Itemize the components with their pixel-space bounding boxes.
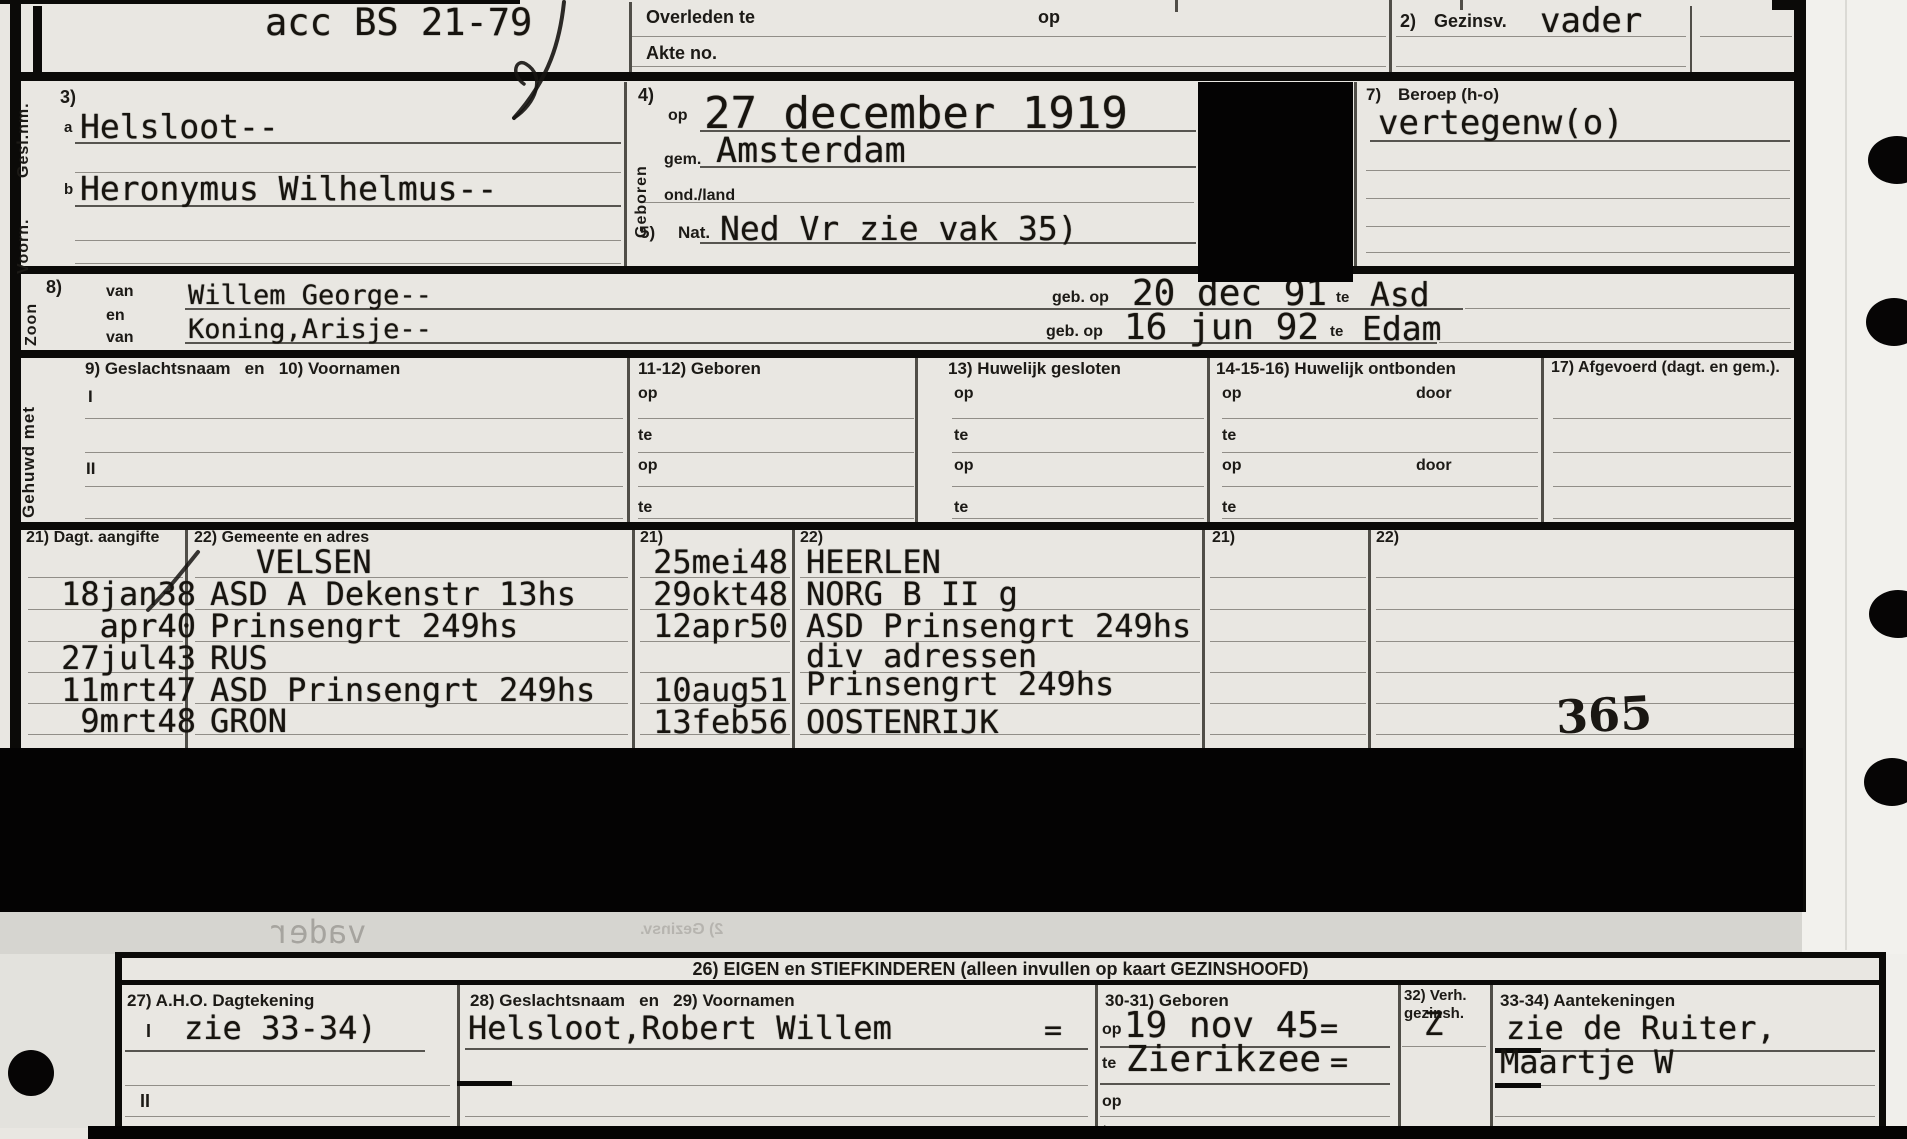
reg-a-date-header: 21) Dagt. aangifte: [26, 530, 159, 546]
reg-date: 29okt48: [646, 578, 788, 610]
ruled-line: [1553, 452, 1791, 453]
divider-line: [1389, 0, 1392, 72]
reg-date: 13feb56: [646, 706, 788, 738]
background-zone: [1886, 954, 1907, 1128]
border-line: [10, 350, 1796, 358]
background-zone: [1845, 0, 1847, 950]
beroep-label: Beroep (h-o): [1398, 86, 1499, 103]
ruled-line: [638, 486, 914, 487]
m-born-te-2: te: [638, 500, 652, 516]
ghost-text-small: 2) Gezinsv.: [640, 922, 723, 938]
child-born-op-label: op: [1102, 1022, 1122, 1038]
border-line: [1495, 1083, 1541, 1088]
reg-date: 10aug51: [646, 674, 788, 706]
child-name-value: Helsloot,Robert Willem: [468, 1012, 892, 1044]
redaction-block: [88, 1126, 1907, 1139]
divider-line: [627, 358, 630, 522]
birth-num: 4): [638, 86, 654, 104]
border-line: [33, 6, 42, 74]
divider-line: [1690, 6, 1692, 72]
van-label-1: van: [106, 284, 134, 300]
marriage-row2-numeral: II: [86, 460, 95, 477]
reg-address: RUS: [210, 642, 268, 674]
identity-a-label: a: [64, 120, 72, 135]
m-diss-op-1: op: [1222, 386, 1242, 402]
ruled-line: [1495, 1085, 1875, 1086]
ruled-line: [1366, 226, 1790, 227]
reg-date: 27jul43: [30, 642, 196, 674]
gezinsv-value: vader: [1540, 4, 1642, 38]
reg-address: OOSTENRIJK: [806, 706, 999, 738]
divider-line: [1490, 985, 1493, 1139]
ruled-line: [1210, 577, 1366, 578]
father-geb-op-label: geb. op: [1052, 290, 1109, 306]
child-born-te-label: te: [1102, 1056, 1116, 1072]
father-te-label: te: [1336, 290, 1349, 305]
child-row1-numeral: I: [146, 1022, 151, 1040]
ruled-line: [1222, 418, 1538, 419]
ruled-line: [1222, 486, 1538, 487]
ruled-line: [1439, 342, 1791, 343]
mother-birth-date: 16 jun 92: [1124, 310, 1319, 346]
ruled-line: [125, 1085, 450, 1086]
given-side-label: Voorn.: [16, 190, 32, 274]
ruled-line: [1376, 609, 1794, 610]
child-note-line1: zie de Ruiter,: [1506, 1012, 1776, 1044]
ruled-line: [1366, 170, 1790, 171]
reg-address: HEERLEN: [806, 546, 941, 578]
children-title: 26) EIGEN en STIEFKINDEREN (alleen invul…: [115, 960, 1886, 978]
mother-geb-op-label: geb. op: [1046, 324, 1103, 340]
marriage-col-removed-header: 17) Afgevoerd (dagt. en gem.).: [1551, 360, 1780, 376]
divider-line: [1541, 358, 1544, 522]
ruled-line: [1553, 418, 1791, 419]
m-married-op-1: op: [954, 386, 974, 402]
m-diss-te-1: te: [1222, 428, 1236, 444]
reg-address: Prinsengrt 249hs: [806, 668, 1114, 700]
mother-name: Koning,Arisje--: [188, 316, 432, 343]
ruled-line: [1100, 1116, 1390, 1117]
m-born-op-2: op: [638, 458, 658, 474]
marriage-col-name-header: 9) Geslachtsnaam en 10) Voornamen: [85, 360, 400, 377]
ruled-line: [1210, 641, 1366, 642]
ruled-line: [1210, 703, 1366, 704]
ruled-line: [632, 66, 1386, 67]
father-birth-place: Asd: [1370, 278, 1430, 311]
parents-num: 8): [46, 278, 62, 296]
reg-c-addr-header: 22): [1376, 530, 1399, 546]
border-line: [10, 266, 1796, 274]
m-born-te-1: te: [638, 428, 652, 444]
ruled-line: [638, 452, 914, 453]
ruled-line: [1210, 672, 1366, 673]
birth-municipality-value: Amsterdam: [716, 134, 906, 169]
ruled-line: [465, 1116, 1088, 1117]
m-married-op-2: op: [954, 458, 974, 474]
ruled-line: [952, 486, 1204, 487]
ruled-line: [1402, 1046, 1486, 1047]
divider-line: [1368, 530, 1371, 748]
ruled-line: [638, 518, 914, 519]
ruled-line: [1222, 518, 1538, 519]
redaction-block: [0, 748, 1803, 912]
child-eq-date: =: [1320, 1014, 1338, 1044]
ghost-text-large: vader: [270, 916, 366, 948]
father-name: Willem George--: [188, 282, 432, 309]
marriage-col-born-header: 11-12) Geboren: [638, 360, 761, 377]
child-row2-numeral: II: [140, 1092, 150, 1110]
nat-label: Nat.: [678, 224, 710, 241]
mother-birth-place: Edam: [1362, 312, 1441, 345]
registration-card-scan: acc BS 21-79 Overleden te op Akte no. 2)…: [0, 0, 1907, 1139]
ruled-line: [85, 518, 623, 519]
beroep-num: 7): [1366, 86, 1381, 103]
ruled-line: [125, 1050, 425, 1052]
border-line: [1772, 0, 1804, 10]
ruled-line: [632, 36, 1386, 37]
ruled-line: [1366, 252, 1790, 253]
ruled-line: [1465, 308, 1790, 309]
ruled-line: [1376, 641, 1794, 642]
m-married-te-1: te: [954, 428, 968, 444]
ruled-line: [465, 1085, 1088, 1086]
divider-line: [1460, 0, 1463, 10]
van-label-2: van: [106, 330, 134, 346]
ruled-line: [85, 452, 623, 453]
identity-b-label: b: [64, 182, 73, 197]
given-names-value: Heronymus Wilhelmus--: [80, 172, 497, 205]
gezinsv-label: Gezinsv.: [1434, 12, 1507, 30]
ruled-line: [1366, 198, 1790, 199]
identity-num: 3): [60, 88, 76, 106]
divider-line: [1202, 530, 1205, 748]
m-diss-op-2: op: [1222, 458, 1242, 474]
border-line: [115, 980, 1886, 985]
birth-gem-label: gem.: [664, 152, 701, 168]
reg-address: VELSEN: [256, 546, 372, 578]
divider-line: [629, 2, 632, 72]
divider-line: [1095, 985, 1098, 1139]
divider-line: [632, 530, 635, 748]
pen-flourish-mark: [480, 0, 610, 140]
divider-line: [915, 358, 918, 522]
divider-line: [1354, 82, 1357, 266]
parents-side-label: Zoon: [24, 282, 40, 346]
children-col-notes-header: 33-34) Aantekeningen: [1500, 992, 1675, 1009]
divider-line: [1175, 0, 1178, 12]
ruled-line: [1396, 66, 1686, 67]
ruled-line: [465, 1048, 1088, 1050]
child-relation-value: Z: [1424, 1008, 1443, 1040]
overleden-op-label: op: [1038, 8, 1060, 26]
ruled-line: [1100, 1083, 1390, 1085]
reg-c-date-header: 21): [1212, 530, 1235, 546]
ruled-line: [952, 518, 1204, 519]
birth-op-label: op: [668, 108, 688, 124]
child-note-line2: Maartje W: [1500, 1046, 1673, 1078]
ruled-line: [952, 452, 1204, 453]
akte-no-label: Akte no.: [646, 44, 717, 62]
child-eq-place: =: [1330, 1048, 1348, 1078]
reg-date: 9mrt48: [30, 705, 196, 737]
border-line: [115, 952, 1886, 958]
marriage-col-dissolved-header: 14-15-16) Huwelijk ontbonden: [1216, 360, 1456, 377]
birth-ond-label: ond./land: [664, 188, 735, 204]
child-eq-name: =: [1044, 1016, 1062, 1046]
divider-line: [792, 530, 795, 748]
ruled-line: [1210, 609, 1366, 610]
border-line: [457, 1081, 512, 1086]
surname-value: Helsloot--: [80, 110, 279, 143]
ruled-line: [85, 418, 623, 419]
ruled-line: [638, 418, 914, 419]
nationality-value: Ned Vr zie vak 35): [720, 212, 1078, 245]
border-line: [1879, 952, 1886, 1139]
ruled-line: [1700, 36, 1792, 37]
border-line: [10, 72, 1796, 81]
ruled-line: [1210, 734, 1366, 735]
border-line: [115, 952, 122, 1139]
reg-address: Prinsengrt 249hs: [210, 610, 518, 642]
child-row2-op-label: op: [1102, 1094, 1122, 1110]
mother-te-label: te: [1330, 324, 1343, 339]
nat-num: 5): [640, 224, 655, 241]
handwritten-number: 365: [1555, 690, 1653, 741]
m-diss-door-2: door: [1416, 458, 1452, 474]
marriage-row1-numeral: I: [88, 388, 93, 405]
reg-address: GRON: [210, 705, 287, 737]
reg-address: ASD A Dekenstr 13hs: [210, 578, 576, 610]
ruled-line: [75, 263, 621, 264]
child-aho-value: zie 33-34): [184, 1012, 377, 1044]
birth-side-label: Geboren: [634, 126, 650, 238]
ruled-line: [1553, 486, 1791, 487]
divider-line: [1398, 985, 1401, 1139]
punch-hole: [8, 1050, 54, 1096]
ruled-line: [1376, 672, 1794, 673]
ruled-line: [1376, 577, 1794, 578]
divider-line: [1207, 358, 1210, 522]
ruled-line: [1553, 518, 1791, 519]
children-col-aho-header: 27) A.H.O. Dagtekening: [127, 992, 314, 1009]
ruled-line: [75, 240, 621, 241]
reg-date: 12apr50: [646, 610, 788, 642]
marriage-col-married-header: 13) Huwelijk gesloten: [948, 360, 1121, 377]
surname-side-label: Gesl.nm.: [16, 94, 32, 178]
ruled-line: [85, 486, 623, 487]
children-col-name-header: 28) Geslachtsnaam en 29) Voornamen: [470, 992, 795, 1009]
ruled-line: [952, 418, 1204, 419]
gezinsv-num: 2): [1400, 12, 1416, 30]
background-zone: [0, 954, 115, 1128]
ruled-line: [1495, 1116, 1875, 1117]
redaction-block: [1198, 82, 1353, 282]
ruled-line: [125, 1116, 450, 1117]
en-label: en: [106, 308, 125, 324]
beroep-value: vertegenw(o): [1378, 106, 1624, 140]
overleden-label: Overleden te: [646, 8, 755, 26]
reg-date: apr40: [30, 610, 196, 642]
m-married-te-2: te: [954, 500, 968, 516]
birth-date-value: 27 december 1919: [704, 92, 1128, 136]
children-col-verh-header-1: 32) Verh.: [1404, 988, 1467, 1003]
m-diss-door-1: door: [1416, 386, 1452, 402]
divider-line: [457, 985, 460, 1139]
ruled-line: [1222, 452, 1538, 453]
pen-slash-mark: [138, 548, 208, 614]
marriages-side-label: Gehuwd met: [20, 368, 37, 518]
reg-date: 25mei48: [646, 546, 788, 578]
m-born-op-1: op: [638, 386, 658, 402]
m-diss-te-2: te: [1222, 500, 1236, 516]
reg-address: NORG B II g: [806, 578, 1018, 610]
divider-line: [624, 82, 627, 266]
child-birth-place: Zierikzee: [1126, 1042, 1321, 1078]
